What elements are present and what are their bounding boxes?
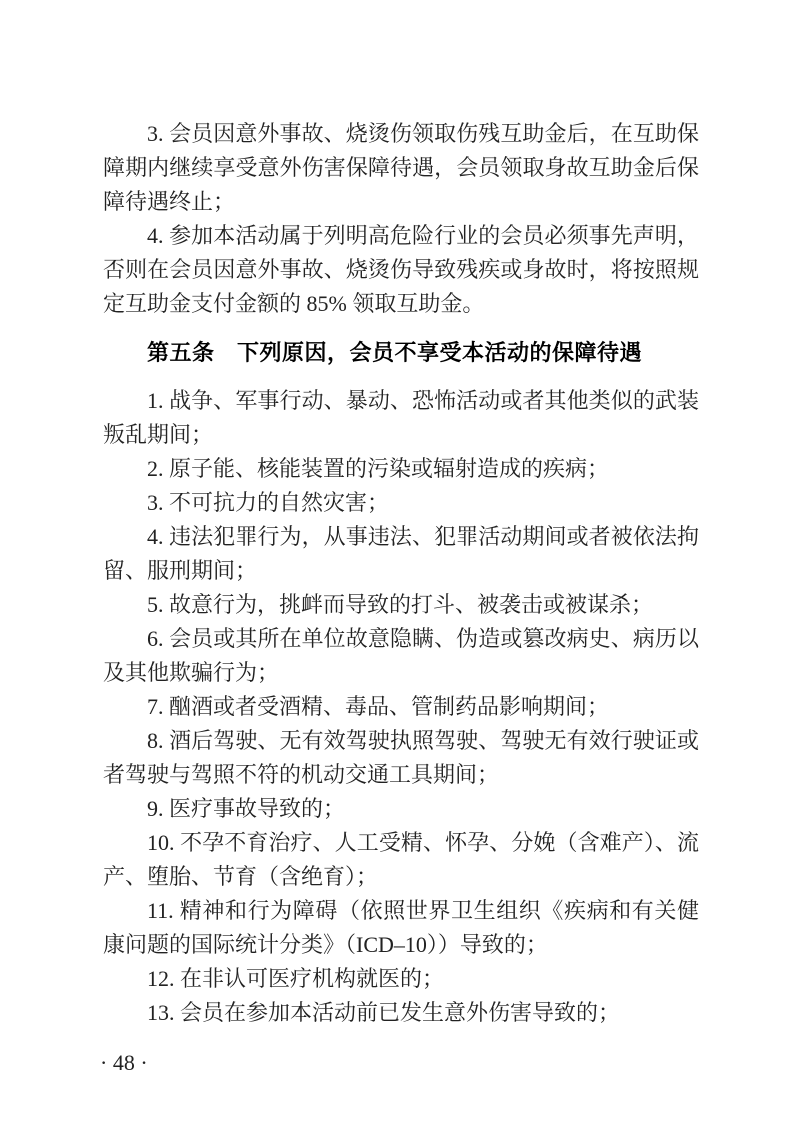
exclusion-item-1: 1. 战争、军事行动、暴动、恐怖活动或者其他类似的武装叛乱期间；: [103, 384, 699, 452]
exclusion-item-5: 5. 故意行为，挑衅而导致的打斗、被袭击或被谋杀；: [103, 588, 699, 622]
clause-continuation-4: 4. 参加本活动属于列明高危险行业的会员必须事先声明，否则在会员因意外事故、烧烫…: [103, 219, 699, 321]
exclusion-item-11: 11. 精神和行为障碍（依照世界卫生组织《疾病和有关健康问题的国际统计分类》（I…: [103, 894, 699, 962]
exclusion-item-4: 4. 违法犯罪行为，从事违法、犯罪活动期间或者被依法拘留、服刑期间；: [103, 520, 699, 588]
exclusion-item-10: 10. 不孕不育治疗、人工受精、怀孕、分娩（含难产）、流产、堕胎、节育（含绝育）…: [103, 826, 699, 894]
clause-continuation-3: 3. 会员因意外事故、烧烫伤领取伤残互助金后，在互助保障期内继续享受意外伤害保障…: [103, 117, 699, 219]
exclusion-item-2: 2. 原子能、核能装置的污染或辐射造成的疾病；: [103, 452, 699, 486]
page-number: · 48 ·: [100, 1046, 148, 1080]
exclusion-item-6: 6. 会员或其所在单位故意隐瞒、伪造或篡改病史、病历以及其他欺骗行为；: [103, 622, 699, 690]
document-page: 3. 会员因意外事故、烧烫伤领取伤残互助金后，在互助保障期内继续享受意外伤害保障…: [0, 0, 800, 1148]
exclusion-item-12: 12. 在非认可医疗机构就医的；: [103, 962, 699, 996]
section-heading-article-5: 第五条 下列原因，会员不享受本活动的保障待遇: [103, 336, 699, 370]
exclusion-item-13: 13. 会员在参加本活动前已发生意外伤害导致的；: [103, 996, 699, 1030]
exclusion-item-3: 3. 不可抗力的自然灾害；: [103, 486, 699, 520]
exclusion-item-7: 7. 酗酒或者受酒精、毒品、管制药品影响期间；: [103, 690, 699, 724]
exclusion-item-8: 8. 酒后驾驶、无有效驾驶执照驾驶、驾驶无有效行驶证或者驾驶与驾照不符的机动交通…: [103, 724, 699, 792]
exclusion-item-9: 9. 医疗事故导致的；: [103, 792, 699, 826]
document-body: 3. 会员因意外事故、烧烫伤领取伤残互助金后，在互助保障期内继续享受意外伤害保障…: [103, 117, 699, 1030]
